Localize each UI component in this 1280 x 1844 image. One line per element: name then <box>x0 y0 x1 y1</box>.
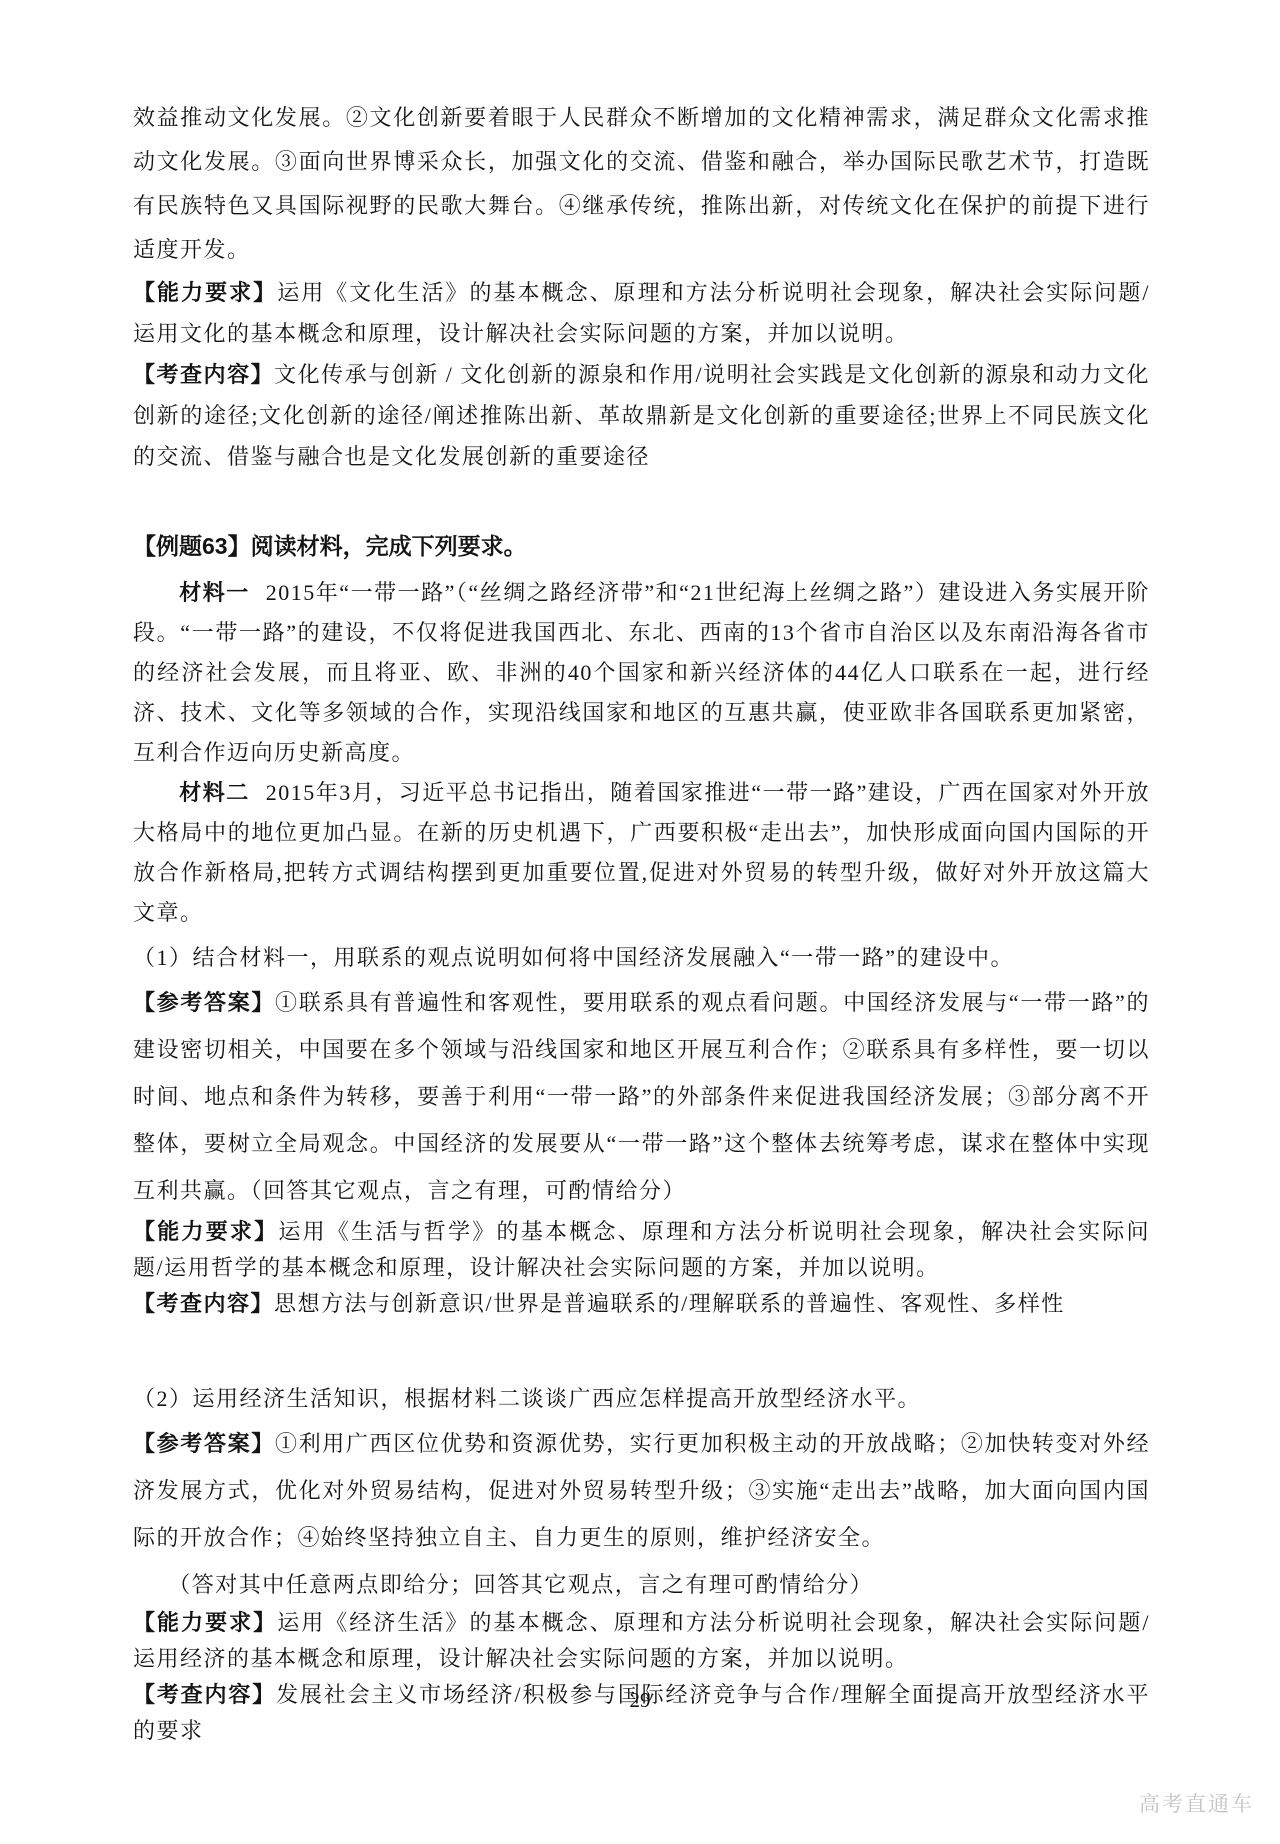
ability-requirement-3: 【能力要求】运用《经济生活》的基本概念、原理和方法分析说明社会现象，解决社会实际… <box>133 1605 1150 1677</box>
ability-text: 运用《经济生活》的基本概念、原理和方法分析说明社会现象，解决社会实际问题/运用经… <box>133 1610 1150 1671</box>
answer-tag: 【参考答案】 <box>133 990 275 1015</box>
material-1-label: 材料一 <box>179 580 250 605</box>
watermark-text: 高考直通车 <box>1139 1788 1254 1818</box>
ability-requirement-1: 【能力要求】运用《文化生活》的基本概念、原理和方法分析说明社会现象，解决社会实际… <box>133 272 1150 354</box>
ability-requirement-2: 【能力要求】运用《生活与哲学》的基本概念、原理和方法分析说明社会现象，解决社会实… <box>133 1214 1150 1286</box>
document-page: 效益推动文化发展。②文化创新要着眼于人民群众不断增加的文化精神需求，满足群众文化… <box>0 0 1280 1844</box>
example-title: 阅读材料，完成下列要求。 <box>251 533 527 559</box>
page-number: 29 <box>0 1688 1280 1713</box>
material-1-paragraph: 材料一2015年“一带一路”（“丝绸之路经济带”和“21世纪海上丝绸之路”）建设… <box>133 573 1150 773</box>
content-tag: 【考查内容】 <box>133 1291 274 1316</box>
material-2-paragraph: 材料二2015年3月，习近平总书记指出，随着国家推进“一带一路”建设，广西在国家… <box>133 773 1150 933</box>
content-tag: 【考查内容】 <box>133 362 274 387</box>
material-1-text: 2015年“一带一路”（“丝绸之路经济带”和“21世纪海上丝绸之路”）建设进入务… <box>133 580 1150 765</box>
material-2-label: 材料二 <box>179 780 250 805</box>
ability-tag: 【能力要求】 <box>133 1219 278 1244</box>
answer-2-scoring-note: （答对其中任意两点即给分；回答其它观点，言之有理可酌情给分） <box>133 1565 1150 1605</box>
ability-tag: 【能力要求】 <box>133 280 277 305</box>
page-content: 效益推动文化发展。②文化创新要着眼于人民群众不断增加的文化精神需求，满足群众文化… <box>133 96 1150 1749</box>
ability-text: 运用《生活与哲学》的基本概念、原理和方法分析说明社会现象，解决社会实际问题/运用… <box>133 1219 1150 1280</box>
question-1: （1）结合材料一，用联系的观点说明如何将中国经济发展融入“一带一路”的建设中。 <box>133 937 1150 979</box>
answer-2-text: ①利用广西区位优势和资源优势，实行更加积极主动的开放战略；②加快转变对外经济发展… <box>133 1431 1150 1550</box>
example-63-heading: 【例题63】阅读材料，完成下列要求。 <box>133 529 1150 563</box>
answer-tag: 【参考答案】 <box>133 1431 275 1456</box>
reference-answer-2: 【参考答案】①利用广西区位优势和资源优势，实行更加积极主动的开放战略；②加快转变… <box>133 1420 1150 1561</box>
intro-continuation-paragraph: 效益推动文化发展。②文化创新要着眼于人民群众不断增加的文化精神需求，满足群众文化… <box>133 96 1150 272</box>
content-text: 思想方法与创新意识/世界是普遍联系的/理解联系的普遍性、客观性、多样性 <box>274 1291 1065 1316</box>
exam-content-1: 【考查内容】文化传承与创新 / 文化创新的源泉和作用/说明社会实践是文化创新的源… <box>133 354 1150 477</box>
ability-text: 运用《文化生活》的基本概念、原理和方法分析说明社会现象，解决社会实际问题/运用文… <box>133 280 1150 346</box>
content-text: 文化传承与创新 / 文化创新的源泉和作用/说明社会实践是文化创新的源泉和动力文化… <box>133 362 1150 469</box>
exam-content-2: 【考查内容】思想方法与创新意识/世界是普遍联系的/理解联系的普遍性、客观性、多样… <box>133 1286 1150 1322</box>
question-2: （2）运用经济生活知识，根据材料二谈谈广西应怎样提高开放型经济水平。 <box>133 1378 1150 1420</box>
ability-tag: 【能力要求】 <box>133 1610 277 1635</box>
reference-answer-1: 【参考答案】①联系具有普遍性和客观性，要用联系的观点看问题。中国经济发展与“一带… <box>133 979 1150 1214</box>
answer-1-text: ①联系具有普遍性和客观性，要用联系的观点看问题。中国经济发展与“一带一路”的建设… <box>133 990 1150 1203</box>
material-2-text: 2015年3月，习近平总书记指出，随着国家推进“一带一路”建设，广西在国家对外开… <box>133 780 1150 925</box>
example-tag: 【例题63】 <box>133 533 251 559</box>
